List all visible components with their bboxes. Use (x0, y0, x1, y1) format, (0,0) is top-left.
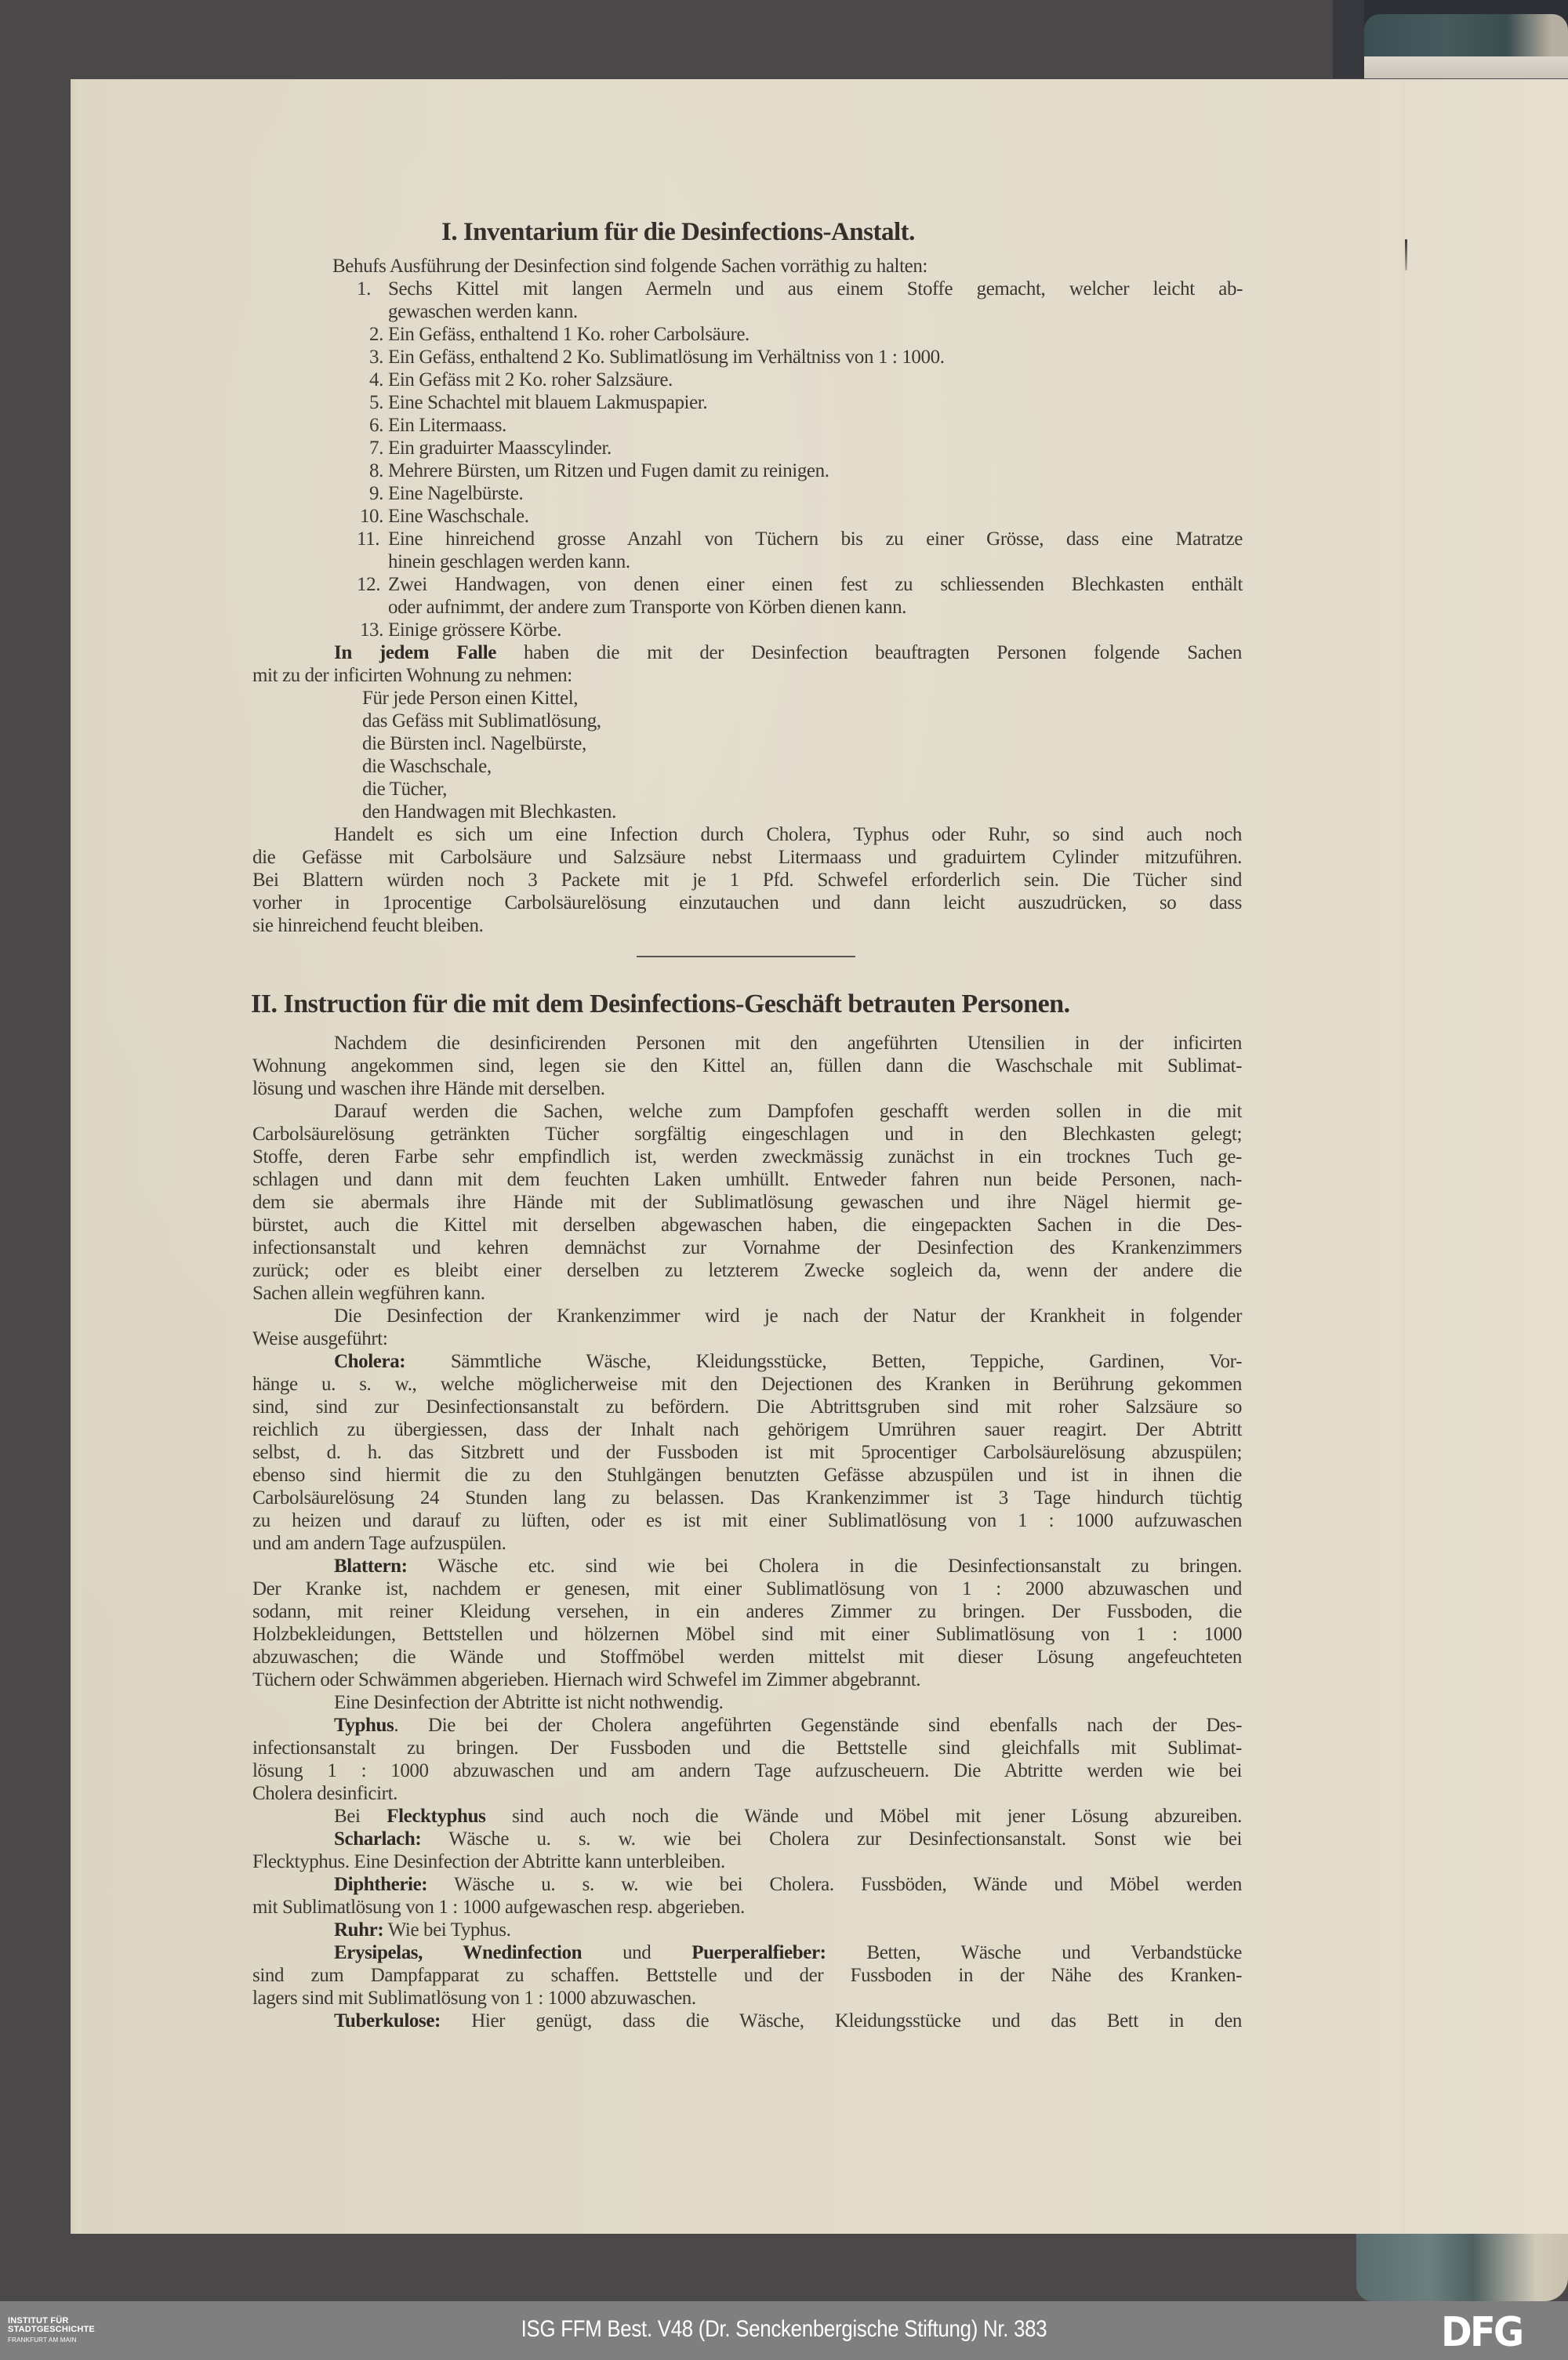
margin-ink-mark (1405, 239, 1407, 270)
page-edge (71, 79, 82, 2234)
archive-reference-caption: ISG FFM Best. V48 (Dr. Senckenbergische … (110, 2316, 1458, 2343)
inventory-item: 1.Sechs Kittel mit langen Aermeln und au… (357, 278, 1243, 300)
binding-cloth-bottom (1356, 2234, 1568, 2301)
carry-list: Für jede Person einen Kittel, das Gefäss… (362, 687, 989, 823)
paragraph: Darauf werden die Sachen, welche zum Dam… (252, 1100, 1242, 1305)
inventory-item: 9.Eine Nagelbürste. (357, 482, 1243, 505)
section-2-heading: II. Instruction für die mit dem Desinfec… (251, 989, 1070, 1019)
diphtherie-paragraph: Diphtherie: Wäsche u. s. w. wie bei Chol… (252, 1873, 1242, 1919)
carry-list-item: das Gefäss mit Sublimatlösung, (362, 710, 989, 732)
carry-list-item: die Bürsten incl. Nagelbürste, (362, 732, 989, 755)
cholera-paragraph: Cholera: Sämmtliche Wäsche, Kleidungsstü… (252, 1350, 1242, 1555)
tuberkulose-paragraph: Tuberkulose: Hier genügt, dass die Wäsch… (252, 2010, 1242, 2032)
disease-label: Erysipelas, Wnedinfection (334, 1942, 582, 1963)
viewer-footer-bar: INSTITUT FÜR STADTGESCHICHTE FRANKFURT A… (0, 2301, 1568, 2360)
disease-label: Puerperalfieber: (691, 1942, 826, 1963)
inventory-item: 8.Mehrere Bürsten, um Ritzen und Fugen d… (357, 459, 1243, 482)
disease-label: Tuberkulose: (334, 2010, 441, 2031)
inventory-item: 11.Eine hinreichend grosse Anzahl von Tü… (357, 528, 1243, 550)
carry-list-item: Für jede Person einen Kittel, (362, 687, 989, 710)
institution-logo: INSTITUT FÜR STADTGESCHICHTE FRANKFURT A… (8, 2317, 95, 2344)
carry-list-item: die Tücher, (362, 778, 989, 801)
disease-label: Blattern: (334, 1556, 408, 1577)
inventory-item: 13.Einige grössere Körbe. (357, 619, 1243, 641)
inventory-item: 2.Ein Gefäss, enthaltend 1 Ko. roher Car… (357, 323, 1243, 346)
disease-label: Cholera: (334, 1351, 405, 1372)
inventory-list: 1.Sechs Kittel mit langen Aermeln und au… (357, 278, 1243, 641)
paragraph: Nachdem die desinficirenden Personen mit… (252, 1032, 1242, 1100)
section-1-heading: I. Inventarium für die Desinfections-Ans… (441, 218, 915, 247)
typhus-paragraph: Typhus. Die bei der Cholera angeführten … (252, 1714, 1242, 1805)
flecktyphus-paragraph: Bei Flecktyphus sind auch noch die Wände… (252, 1805, 1242, 1828)
dfg-logo: DFG (1441, 2309, 1522, 2356)
carry-list-item: den Handwagen mit Blechkasten. (362, 801, 989, 823)
section-1-closing-paragraph: Handelt es sich um eine Infection durch … (252, 823, 1242, 937)
erysipelas-paragraph: Erysipelas, Wnedinfection und Puerperalf… (252, 1941, 1242, 2010)
disease-label: Typhus (334, 1715, 394, 1736)
disease-label: Scharlach: (334, 1828, 421, 1850)
inventory-item-continuation: hinein geschlagen werden kann. (357, 550, 1243, 573)
inventory-item: 3.Ein Gefäss, enthaltend 2 Ko. Sublimatl… (357, 346, 1243, 369)
page-fold-line (1402, 79, 1404, 2234)
section-1-intro: Behufs Ausführung der Desinfection sind … (332, 255, 1242, 278)
scan-backdrop-bottom (0, 2234, 1356, 2301)
disease-label: Ruhr: (334, 1919, 383, 1941)
disease-label: Diphtherie: (334, 1874, 427, 1895)
disease-label: Flecktyphus (387, 1806, 485, 1827)
scharlach-paragraph: Scharlach: Wäsche u. s. w. wie bei Chole… (252, 1828, 1242, 1873)
inventory-item-continuation: gewaschen werden kann. (357, 300, 1243, 323)
inventory-item: 10.Eine Waschschale. (357, 505, 1243, 528)
section-2-body: Nachdem die desinficirenden Personen mit… (252, 1032, 1242, 2032)
carry-list-item: die Waschschale, (362, 755, 989, 778)
section-divider (637, 956, 855, 957)
inventory-item: 7.Ein graduirter Maasscylinder. (357, 437, 1243, 459)
blattern-paragraph: Blattern: Wäsche etc. sind wie bei Chole… (252, 1555, 1242, 1714)
scan-backdrop-strip (1333, 0, 1364, 78)
ruhr-paragraph: Ruhr: Wie bei Typhus. (252, 1919, 1242, 1941)
inventory-item: 5.Eine Schachtel mit blauem Lakmuspapier… (357, 391, 1243, 414)
binding-cloth-top (1364, 14, 1568, 56)
emphasis: In jedem Falle (334, 642, 496, 663)
paragraph: Die Desinfection der Krankenzimmer wird … (252, 1305, 1242, 1350)
inventory-item-continuation: oder aufnimmt, der andere zum Transporte… (357, 596, 1243, 619)
in-jedem-falle-paragraph: In jedem Falle haben die mit der Desinfe… (252, 641, 1242, 687)
inventory-item: 4.Ein Gefäss mit 2 Ko. roher Salzsäure. (357, 369, 1243, 391)
inventory-item: 12.Zwei Handwagen, von denen einer einen… (357, 573, 1243, 596)
inventory-item: 6.Ein Litermaass. (357, 414, 1243, 437)
board-edge (1364, 56, 1568, 78)
